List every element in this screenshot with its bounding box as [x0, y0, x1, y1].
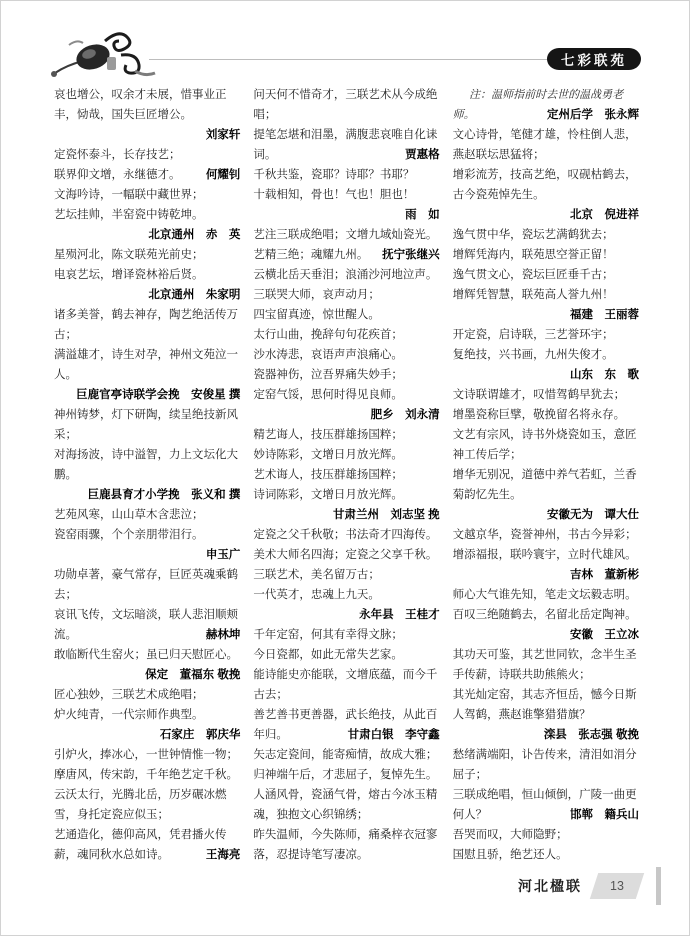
line-text: 保定 董福东 敬挽 [145, 669, 240, 681]
line-text: 愁绪满端阳，讣告传来，清泪如涓分屈子； [453, 749, 637, 781]
line-text: 师心大气谁先知，笔走文坛毅志明。 [453, 589, 637, 601]
verse-line: 师心大气谁先知，笔走文坛毅志明。 [453, 585, 639, 605]
content-columns: 哀也增公，叹余才未展，惜事业正丰，恸哉，国失巨匠增公。刘家轩定瓷怀泰斗，长存技艺… [54, 85, 639, 869]
line-text: 增墨瓷称巨擘，敬挽留名将永存。 [453, 409, 626, 421]
line-text: 增辉凭智慧，联苑高人誉九州！ [453, 289, 614, 301]
line-text: 文诗联谓雄才，叹惜驾鹤早犹去； [453, 389, 626, 401]
ink-brush-ornament [47, 27, 177, 85]
line-text: 增彩流芳，技高艺绝，叹砚枯鹤去，古今瓷苑悼先生。 [453, 169, 637, 201]
verse-line: 能诗能史亦能联，文增底蕴，而今千古去； [253, 665, 439, 705]
verse-line: 匠心独妙，三联艺术成绝唱； [54, 685, 240, 705]
line-text: 国慰且骄，绝艺还人。 [453, 849, 568, 861]
verse-line: 文艺有宗风，诗书外烧瓷如玉，意匠神工传后学； [453, 425, 639, 465]
attribution-line: 安徽无为 谭大仕 [453, 505, 639, 525]
author-name: 何耀钊 [206, 165, 241, 185]
attribution-line: 刘家轩 [54, 125, 240, 145]
verse-line: 电哀艺坛，增译瓷林裕后贤。 [54, 265, 240, 285]
line-text: 神州铸梦，灯下研陶，续呈绝技新风采； [54, 409, 238, 441]
verse-line: 云横北岳天垂泪；浪涌沙河地泣声。 [253, 265, 439, 285]
line-text: 诗词陈彩，文增日月放光辉。 [253, 489, 403, 501]
author-name: 王海亮 [206, 845, 241, 865]
line-text: 满溢雄才，诗生对孕，神州文苑泣一人。 [54, 349, 238, 381]
verse-line: 其光灿定窑，其志齐恒岳，憾今日斯人驾鹤，燕赵谁擎猎猎旗？ [453, 685, 639, 725]
verse-line: 文越京华，瓷誉神州，书古今异彩； [453, 525, 639, 545]
line-text: 文海吟诗，一幅联中藏世界； [54, 189, 204, 201]
line-text: 申玉广 [206, 549, 241, 561]
line-text: 文艺有宗风，诗书外烧瓷如玉，意匠神工传后学； [453, 429, 637, 461]
line-text: 瓷器神伤，泣吾界痛失妙手； [253, 369, 403, 381]
verse-line: 文诗联谓雄才，叹惜驾鹤早犹去； [453, 385, 639, 405]
line-text: 逸气贯文心，瓷坛巨匠垂千古； [453, 269, 614, 281]
line-text: 星殒河北，陈文联苑光前史； [54, 249, 204, 261]
line-text: 开定瓷，启诗联，三艺誉环宇； [453, 329, 614, 341]
verse-line: 人涵风骨，瓷涵气骨，熔古今冰玉精魂，独抱文心织锦绣； [253, 785, 439, 825]
line-text: 千秋共鉴，瓷耶？诗耶？书耶？ [253, 169, 414, 181]
line-text: 艺坛挂帅，半窑瓷中铸乾坤。 [54, 209, 204, 221]
verse-line: 愁绪满端阳，讣告传来，清泪如涓分屈子； [453, 745, 639, 785]
line-text: 巨鹿县育才小学挽 张义和 撰 [88, 489, 241, 501]
attribution-line: 山东 东 歌 [453, 365, 639, 385]
line-text: 山东 东 歌 [570, 369, 639, 381]
line-text: 一代英才，忠魂上九天。 [253, 589, 380, 601]
line-text: 艺精三绝；魂耀九州。 [253, 249, 368, 261]
page-number-box: 13 [590, 873, 644, 899]
verse-line: 敢临断代生窑火；虽已归天慰匠心。 [54, 645, 240, 665]
line-text: 吾哭而叹，大师隐野； [453, 829, 568, 841]
verse-line: 艺注三联成绝唱；文增九域灿瓷光。 [253, 225, 439, 245]
verse-line: 星殒河北，陈文联苑光前史； [54, 245, 240, 265]
line-text: 电哀艺坛，增译瓷林裕后贤。 [54, 269, 204, 281]
verse-line: 百叹三绝随鹤去，名留北岳定陶神。 [453, 605, 639, 625]
verse-line: 三联成绝唱，恒山倾倒，广陵一曲更何人？邯郸 籍兵山 [453, 785, 639, 825]
verse-line: 摩唐风，传宋韵，千年绝艺定千秋。 [54, 765, 240, 785]
line-text: 北京通州 朱家明 [148, 289, 240, 301]
line-text: 千年定窑，何其有幸得文脉； [253, 629, 403, 641]
verse-line: 神州铸梦，灯下研陶，续呈绝技新风采； [54, 405, 240, 445]
line-text: 能诗能史亦能联，文增底蕴，而今千古去； [253, 669, 437, 701]
line-text: 美术大师名四海；定瓷之父享千秋。 [253, 549, 437, 561]
author-name: 邯郸 籍兵山 [570, 805, 639, 825]
verse-line: 沙水涛悲，哀语声声浪痛心。 [253, 345, 439, 365]
journal-title: 河北楹联 [518, 876, 582, 896]
line-text: 增添福报，联吟寰宇，立时代雄风。 [453, 549, 637, 561]
page-footer: 河北楹联 13 [518, 869, 661, 903]
verse-line: 一代英才，忠魂上九天。 [253, 585, 439, 605]
attribution-line: 北京通州 朱家明 [54, 285, 240, 305]
author-name: 甘肃白银 李守鑫 [348, 725, 440, 745]
line-text: 哀也增公，叹余才未展，惜事业正丰，恸哉，国失巨匠增公。 [54, 89, 227, 121]
line-text: 功勋卓著，豪气常存，巨匠英魂乘鹤去； [54, 569, 238, 601]
verse-line: 今日瓷都，如此无常失艺家。 [253, 645, 439, 665]
verse-line: 问天何不惜奇才，三联艺术从今成绝唱； [253, 85, 439, 125]
attribution-line: 保定 董福东 敬挽 [54, 665, 240, 685]
attribution-line: 申玉广 [54, 545, 240, 565]
line-text: 安徽 王立冰 [570, 629, 639, 641]
note-line: 注：温师指前时去世的温战勇老师。定州后学 张永辉 [453, 85, 639, 125]
verse-line: 艺坛挂帅，半窑瓷中铸乾坤。 [54, 205, 240, 225]
line-text: 百叹三绝随鹤去，名留北岳定陶神。 [453, 609, 637, 621]
attribution-line: 福建 王丽蓉 [453, 305, 639, 325]
line-text: 巨鹿官亭诗联学会挽 安俊星 撰 [76, 389, 240, 401]
attribution-line: 北京通州 赤 英 [54, 225, 240, 245]
line-text: 肥乡 刘永清 [371, 409, 440, 421]
verse-line: 炉火纯青，一代宗师作典型。 [54, 705, 240, 725]
column-1: 哀也增公，叹余才未展，惜事业正丰，恸哉，国失巨匠增公。刘家轩定瓷怀泰斗，长存技艺… [54, 85, 240, 869]
line-text: 联界仰文增，永继德才。 [54, 169, 181, 181]
line-text: 逸气贯中华，瓷坛艺满鹤犹去； [453, 229, 614, 241]
line-text: 人涵风骨，瓷涵气骨，熔古今冰玉精魂，独抱文心织锦绣； [253, 789, 437, 821]
verse-line: 其功天可鉴，其艺世同钦，念半生圣手传薪，诗联共助熊熊火； [453, 645, 639, 685]
author-name: 赫林坤 [206, 625, 241, 645]
line-text: 吉林 董新彬 [570, 569, 639, 581]
verse-line: 增辉凭智慧，联苑高人誉九州！ [453, 285, 639, 305]
line-text: 艺苑风寒，山山草木含悲泣； [54, 509, 204, 521]
line-text: 摩唐风，传宋韵，千年绝艺定千秋。 [54, 769, 238, 781]
verse-line: 艺精三绝；魂耀九州。抚宁张继兴 [253, 245, 439, 265]
line-text: 滦县 张志强 敬挽 [544, 729, 639, 741]
line-text: 福建 王丽蓉 [570, 309, 639, 321]
verse-line: 开定瓷，启诗联，三艺誉环宇； [453, 325, 639, 345]
attribution-line: 永年县 王桂才 [253, 605, 439, 625]
verse-line: 增彩流芳，技高艺绝，叹砚枯鹤去，古今瓷苑悼先生。 [453, 165, 639, 205]
line-text: 十载相知，骨也！气也！胆也！ [253, 189, 414, 201]
verse-line: 满溢雄才，诗生对孕，神州文苑泣一人。 [54, 345, 240, 385]
column-2: 问天何不惜奇才，三联艺术从今成绝唱；提笔怎堪和泪墨，满腹悲哀唯自化诔词。贾惠格千… [253, 85, 439, 869]
line-text: 石家庄 郭庆华 [160, 729, 241, 741]
verse-line: 增华无别况，道德中养气若虹，兰香菊韵忆先生。 [453, 465, 639, 505]
verse-line: 诗词陈彩，文增日月放光辉。 [253, 485, 439, 505]
verse-line: 功勋卓著，豪气常存，巨匠英魂乘鹤去； [54, 565, 240, 605]
line-text: 诸多美誉，鹤去神存，陶艺绝活传万古； [54, 309, 238, 341]
attribution-line: 雨 如 [253, 205, 439, 225]
line-text: 敢临断代生窑火；虽已归天慰匠心。 [54, 649, 238, 661]
edge-bar [656, 867, 661, 905]
verse-line: 妙诗陈彩，文增日月放光辉。 [253, 445, 439, 465]
verse-line: 哀也增公，叹余才未展，惜事业正丰，恸哉，国失巨匠增公。 [54, 85, 240, 125]
author-name: 定州后学 张永辉 [530, 105, 639, 125]
line-text: 定窑气馁，思何时得见良师。 [253, 389, 403, 401]
attribution-line: 安徽 王立冰 [453, 625, 639, 645]
verse-line: 诸多美誉，鹤去神存，陶艺绝活传万古； [54, 305, 240, 345]
verse-line: 逸气贯文心，瓷坛巨匠垂千古； [453, 265, 639, 285]
verse-line: 吾哭而叹，大师隐野； [453, 825, 639, 845]
author-name: 贾惠格 [405, 145, 440, 165]
column-3: 注：温师指前时去世的温战勇老师。定州后学 张永辉文心诗骨，笔健才雄，怜柱倒人悲，… [453, 85, 639, 869]
attribution-line: 吉林 董新彬 [453, 565, 639, 585]
line-text: 矢志定瓷间，能寄痴情，故成大雅； [253, 749, 437, 761]
verse-line: 美术大师名四海；定瓷之父享千秋。 [253, 545, 439, 565]
header-rule [149, 59, 549, 60]
verse-line: 矢志定瓷间，能寄痴情，故成大雅； [253, 745, 439, 765]
attribution-line: 石家庄 郭庆华 [54, 725, 240, 745]
line-text: 安徽无为 谭大仕 [547, 509, 639, 521]
verse-line: 艺苑风寒，山山草木含悲泣； [54, 505, 240, 525]
line-text: 增辉凭海内，联苑思空誉正留！ [453, 249, 614, 261]
verse-line: 艺通造化，德仰高风，凭君播火传薪，魂同秋水总如诗。王海亮 [54, 825, 240, 865]
line-text: 引炉火，捧冰心，一世钟情惟一物； [54, 749, 238, 761]
verse-line: 提笔怎堪和泪墨，满腹悲哀唯自化诔词。贾惠格 [253, 125, 439, 165]
line-text: 复绝技，兴书画，九州失俊才。 [453, 349, 614, 361]
verse-line: 千秋共鉴，瓷耶？诗耶？书耶？ [253, 165, 439, 185]
verse-line: 国慰且骄，绝艺还人。 [453, 845, 639, 865]
line-text: 艺注三联成绝唱；文增九域灿瓷光。 [253, 229, 437, 241]
line-text: 北京通州 赤 英 [148, 229, 240, 241]
page-number: 13 [610, 879, 624, 893]
line-text: 三联哭大师，哀声动月； [253, 289, 380, 301]
attribution-line: 甘肃兰州 刘志坚 挽 [253, 505, 439, 525]
verse-line: 复绝技，兴书画，九州失俊才。 [453, 345, 639, 365]
verse-line: 十载相知，骨也！气也！胆也！ [253, 185, 439, 205]
line-text: 艺术诲人，技压群雄扬国粹； [253, 469, 403, 481]
line-text: 增华无别况，道德中养气若虹，兰香菊韵忆先生。 [453, 469, 637, 501]
verse-line: 逸气贯中华，瓷坛艺满鹤犹去； [453, 225, 639, 245]
line-text: 四宝留真迹，惊世醒人。 [253, 309, 380, 321]
line-text: 定瓷怀泰斗，长存技艺； [54, 149, 181, 161]
verse-line: 归神端午后，才悲屈子，复悼先生。 [253, 765, 439, 785]
line-text: 瓷窑雨骤，个个亲朋带泪行。 [54, 529, 204, 541]
verse-line: 哀讯飞传，文坛暗淡，联人悲泪顺颊流。赫林坤 [54, 605, 240, 645]
verse-line: 增墨瓷称巨擘，敬挽留名将永存。 [453, 405, 639, 425]
line-text: 太行山曲，挽辞句句花疾首； [253, 329, 403, 341]
line-text: 定瓷之父千秋敬；书法奇才四海传。 [253, 529, 437, 541]
verse-line: 昨失温师，今失陈师，痛桑梓衣冠寥落，忍提诗笔写凄凉。 [253, 825, 439, 865]
attribution-line: 北京 倪进祥 [453, 205, 639, 225]
attribution-line: 肥乡 刘永清 [253, 405, 439, 425]
verse-line: 引炉火，捧冰心，一世钟情惟一物； [54, 745, 240, 765]
line-text: 炉火纯青，一代宗师作典型。 [54, 709, 204, 721]
line-text: 妙诗陈彩，文增日月放光辉。 [253, 449, 403, 461]
line-text: 匠心独妙，三联艺术成绝唱； [54, 689, 204, 701]
line-text: 文心诗骨，笔健才雄，怜柱倒人悲，燕赵联坛思猛将； [453, 129, 637, 161]
line-text: 问天何不惜奇才，三联艺术从今成绝唱； [253, 89, 437, 121]
verse-line: 三联哭大师，哀声动月； [253, 285, 439, 305]
author-name: 抚宁张继兴 [382, 245, 440, 265]
line-text: 刘家轩 [206, 129, 241, 141]
attribution-line: 巨鹿县育才小学挽 张义和 撰 [54, 485, 240, 505]
verse-line: 定窑气馁，思何时得见良师。 [253, 385, 439, 405]
line-text: 归神端午后，才悲屈子，复悼先生。 [253, 769, 437, 781]
attribution-line: 滦县 张志强 敬挽 [453, 725, 639, 745]
verse-line: 瓷窑雨骤，个个亲朋带泪行。 [54, 525, 240, 545]
verse-line: 千年定窑，何其有幸得文脉； [253, 625, 439, 645]
verse-line: 精艺诲人，技压群雄扬国粹； [253, 425, 439, 445]
verse-line: 善艺善书更善器，武长绝技，从此百年归。甘肃白银 李守鑫 [253, 705, 439, 745]
line-text: 艺通造化，德仰高风，凭君播火传薪，魂同秋水总如诗。 [54, 829, 227, 861]
line-text: 雨 如 [405, 209, 440, 221]
line-text: 其光灿定窑，其志齐恒岳，憾今日斯人驾鹤，燕赵谁擎猎猎旗？ [453, 689, 637, 721]
verse-line: 对海扬波，诗中溢智，力上文坛化大鹏。 [54, 445, 240, 485]
verse-line: 联界仰文增，永继德才。何耀钊 [54, 165, 240, 185]
line-text: 三联艺术，美名留万古； [253, 569, 380, 581]
line-text: 云横北岳天垂泪；浪涌沙河地泣声。 [253, 269, 437, 281]
verse-line: 定瓷之父千秋敬；书法奇才四海传。 [253, 525, 439, 545]
line-text: 其功天可鉴，其艺世同钦，念半生圣手传薪，诗联共助熊熊火； [453, 649, 637, 681]
line-text: 云沃太行，光腾北岳，历岁碾冰燃雪，身托定瓷应似玉； [54, 789, 227, 821]
line-text: 精艺诲人，技压群雄扬国粹； [253, 429, 403, 441]
verse-line: 四宝留真迹，惊世醒人。 [253, 305, 439, 325]
line-text: 永年县 王桂才 [359, 609, 440, 621]
magazine-page: 七彩联苑 哀也增公，叹余才未展，惜事业正丰，恸哉，国失巨匠增公。刘家轩定瓷怀泰斗… [0, 0, 690, 936]
verse-line: 云沃太行，光腾北岳，历岁碾冰燃雪，身托定瓷应似玉； [54, 785, 240, 825]
line-text: 昨失温师，今失陈师，痛桑梓衣冠寥落，忍提诗笔写凄凉。 [253, 829, 437, 861]
verse-line: 瓷器神伤，泣吾界痛失妙手； [253, 365, 439, 385]
line-text: 文越京华，瓷誉神州，书古今异彩； [453, 529, 637, 541]
line-text: 北京 倪进祥 [570, 209, 639, 221]
verse-line: 文海吟诗，一幅联中藏世界； [54, 185, 240, 205]
verse-line: 文心诗骨，笔健才雄，怜柱倒人悲，燕赵联坛思猛将； [453, 125, 639, 165]
line-text: 对海扬波，诗中溢智，力上文坛化大鹏。 [54, 449, 238, 481]
attribution-line: 巨鹿官亭诗联学会挽 安俊星 撰 [54, 385, 240, 405]
line-text: 甘肃兰州 刘志坚 挽 [333, 509, 440, 521]
verse-line: 增添福报，联吟寰宇，立时代雄风。 [453, 545, 639, 565]
section-badge: 七彩联苑 [547, 48, 641, 70]
verse-line: 三联艺术，美名留万古； [253, 565, 439, 585]
line-text: 沙水涛悲，哀语声声浪痛心。 [253, 349, 403, 361]
line-text: 今日瓷都，如此无常失艺家。 [253, 649, 403, 661]
verse-line: 定瓷怀泰斗，长存技艺； [54, 145, 240, 165]
verse-line: 艺术诲人，技压群雄扬国粹； [253, 465, 439, 485]
verse-line: 太行山曲，挽辞句句花疾首； [253, 325, 439, 345]
verse-line: 增辉凭海内，联苑思空誉正留！ [453, 245, 639, 265]
